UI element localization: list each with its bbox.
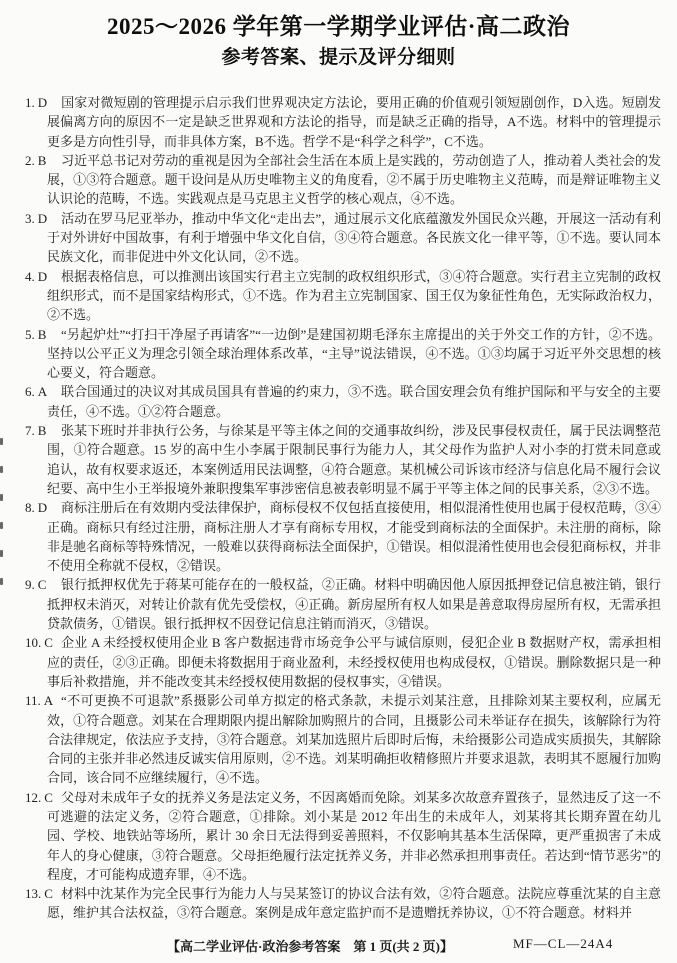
question-number: 7. [25, 423, 35, 438]
item-label: 5.B [25, 325, 55, 344]
answer-item: 7.B张某下班时并非执行公务，与徐某是平等主体之间的交通事故纠纷，涉及民事侵权责… [25, 421, 661, 498]
question-number: 4. [25, 269, 35, 284]
answer-item: 5.B“另起炉灶”“打扫干净屋子再请客”“一边倒”是建国初期毛泽东主席提出的关于… [25, 325, 661, 383]
scan-artifact [0, 438, 3, 445]
question-number: 6. [25, 384, 35, 399]
answer-letter: D [38, 500, 47, 515]
item-label: 9.C [25, 575, 55, 594]
scan-artifact [0, 550, 3, 557]
answer-item: 1.D国家对微短剧的管理提示启示我们世界观决定方法论，要用正确的价值观引领短剧创… [25, 93, 661, 151]
question-number: 9. [25, 577, 35, 592]
page-header: 2025～2026 学年第一学期学业评估·高二政治 参考答案、提示及评分细则 [0, 0, 677, 70]
item-label: 3.D [25, 209, 55, 228]
answer-letter: D [38, 269, 47, 284]
answer-item: 8.D商标注册后在有效期内受法律保护，商标侵权不仅包括直接使用，相似混淆性使用也… [25, 498, 661, 575]
answer-item: 10.C企业 A 未经授权使用企业 B 客户数据违背市场竞争公平与诚信原则，侵犯… [25, 633, 661, 691]
answer-item: 12.C父母对未成年子女的抚养义务是法定义务，不因离婚而免除。刘某多次故意弃置孩… [25, 788, 661, 884]
item-label: 7.B [25, 421, 55, 440]
item-explanation: 活动在罗马尼亚举办，推动中华文化“走出去”，通过展示文化底蕴激发外国民众兴趣，开… [47, 211, 661, 265]
item-label: 8.D [25, 498, 55, 517]
answer-item: 9.C银行抵押权优先于蒋某可能存在的一般权益，②正确。材料中明确因他人原因抵押登… [25, 575, 661, 633]
question-number: 1. [25, 95, 35, 110]
item-label: 6.A [25, 382, 55, 401]
item-explanation: 联合国通过的决议对其成员国具有普遍的约束力，③不选。联合国安理会负有维护国际和平… [47, 384, 661, 418]
scan-artifact [0, 578, 3, 585]
item-explanation: 父母对未成年子女的抚养义务是法定义务，不因离婚而免除。刘某多次故意弃置孩子，显然… [47, 790, 661, 882]
item-explanation: 国家对微短剧的管理提示启示我们世界观决定方法论，要用正确的价值观引领短剧创作，D… [47, 95, 661, 149]
question-number: 12. [25, 790, 41, 805]
exam-subtitle: 参考答案、提示及评分细则 [0, 45, 677, 70]
answer-item: 4.D根据表格信息，可以推测出该国实行君主立宪制的政权组织形式，③④符合题意。实… [25, 267, 661, 325]
answer-letter: B [38, 327, 47, 342]
answer-item: 3.D活动在罗马尼亚举办，推动中华文化“走出去”，通过展示文化底蕴激发外国民众兴… [25, 209, 661, 267]
answer-letter: D [38, 95, 47, 110]
answer-letter: C [44, 790, 53, 805]
scan-artifact [0, 466, 3, 473]
question-number: 5. [25, 327, 35, 342]
answer-letter: C [44, 635, 53, 650]
item-label: 4.D [25, 267, 55, 286]
answer-letter: D [38, 211, 47, 226]
item-label: 11.A [25, 691, 55, 710]
item-explanation: 张某下班时并非执行公务，与徐某是平等主体之间的交通事故纠纷，涉及民事侵权责任，属… [47, 423, 661, 496]
item-explanation: “不可更换不可退款”系摄影公司单方拟定的格式条款，未提示刘某注意，且排除刘某主要… [47, 693, 661, 785]
answer-letter: C [38, 577, 47, 592]
item-explanation: 材料中沈某作为完全民事行为能力人与吴某签订的协议合法有效，②符合题意。法院应尊重… [47, 886, 661, 920]
item-label: 2.B [25, 151, 55, 170]
item-label: 12.C [25, 788, 55, 807]
answer-letter: B [38, 153, 47, 168]
question-number: 10. [25, 635, 41, 650]
document-code: MF—CL—24A4 [513, 936, 613, 952]
answer-letter: B [38, 423, 47, 438]
item-explanation: 习近平总书记对劳动的重视是因为全部社会生活在本质上是实践的，劳动创造了人，推动着… [47, 153, 661, 207]
item-explanation: 商标注册后在有效期内受法律保护，商标侵权不仅包括直接使用，相似混淆性使用也属于侵… [47, 500, 661, 573]
answer-letter: A [44, 693, 53, 708]
answer-list: 1.D国家对微短剧的管理提示启示我们世界观决定方法论，要用正确的价值观引领短剧创… [0, 70, 677, 923]
answer-letter: A [38, 384, 47, 399]
item-explanation: “另起炉灶”“打扫干净屋子再请客”“一边倒”是建国初期毛泽东主席提出的关于外交工… [47, 327, 661, 381]
answer-item: 13.C材料中沈某作为完全民事行为能力人与吴某签订的协议合法有效，②符合题意。法… [25, 884, 661, 923]
answer-item: 6.A联合国通过的决议对其成员国具有普遍的约束力，③不选。联合国安理会负有维护国… [25, 382, 661, 421]
item-label: 1.D [25, 93, 55, 112]
page-footer: 【高二学业评估·政治参考答案 第 1 页(共 2 页)】 MF—CL—24A4 [0, 936, 677, 956]
question-number: 2. [25, 153, 35, 168]
answer-item: 2.B习近平总书记对劳动的重视是因为全部社会生活在本质上是实践的，劳动创造了人，… [25, 151, 661, 209]
footer-caption: 【高二学业评估·政治参考答案 第 1 页(共 2 页)】 [150, 936, 470, 955]
scanned-answer-sheet-page: 2025～2026 学年第一学期学业评估·高二政治 参考答案、提示及评分细则 1… [0, 0, 677, 963]
item-explanation: 银行抵押权优先于蒋某可能存在的一般权益，②正确。材料中明确因他人原因抵押登记信息… [47, 577, 661, 631]
question-number: 8. [25, 500, 35, 515]
item-explanation: 企业 A 未经授权使用企业 B 客户数据违背市场竞争公平与诚信原则，侵犯企业 B… [47, 635, 661, 689]
item-label: 10.C [25, 633, 55, 652]
question-number: 3. [25, 211, 35, 226]
answer-letter: C [44, 886, 53, 901]
question-number: 13. [25, 886, 41, 901]
item-label: 13.C [25, 884, 55, 903]
exam-title: 2025～2026 学年第一学期学业评估·高二政治 [0, 12, 677, 41]
question-number: 11. [25, 693, 41, 708]
scan-artifact [0, 494, 3, 501]
scan-artifact [0, 522, 3, 529]
item-explanation: 根据表格信息，可以推测出该国实行君主立宪制的政权组织形式，③④符合题意。实行君主… [47, 269, 661, 323]
answer-item: 11.A“不可更换不可退款”系摄影公司单方拟定的格式条款，未提示刘某注意，且排除… [25, 691, 661, 787]
